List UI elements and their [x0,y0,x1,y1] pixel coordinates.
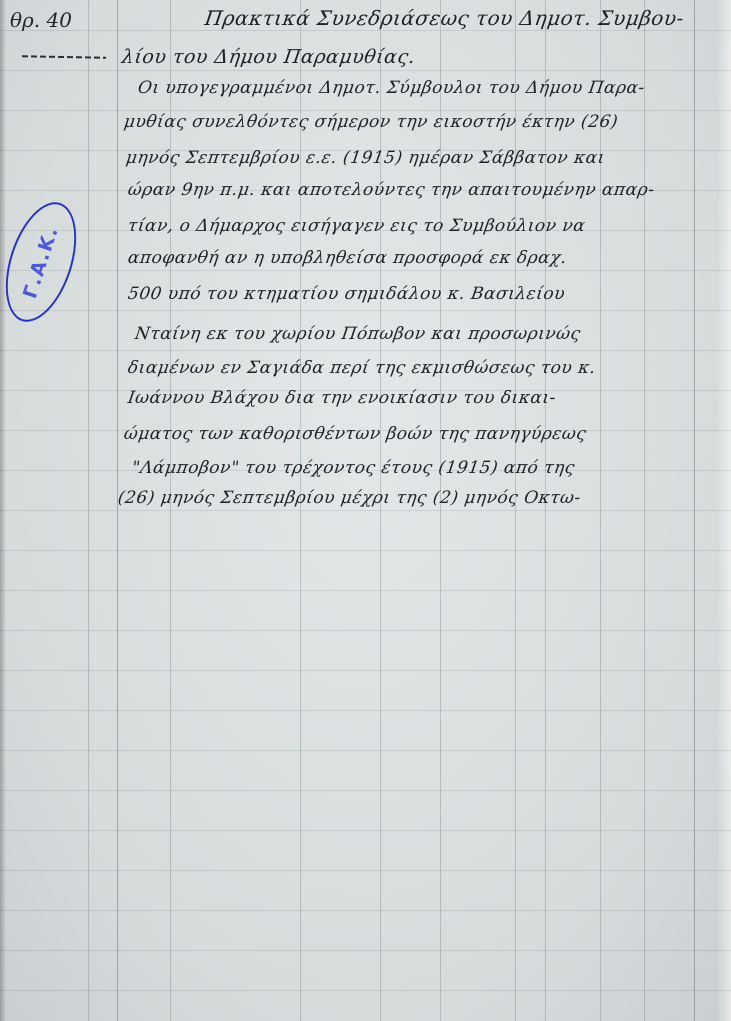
text-line: Οι υπογεγραμμένοι Δημοτ. Σύμβουλοι του Δ… [137,78,647,98]
text-line: διαμένων εν Σαγιάδα περί της εκμισθώσεως… [127,358,598,378]
rule-line [0,550,731,551]
stamp-text: Γ.Α.Κ. [19,223,63,301]
rule-line [0,630,731,631]
text-line: τίαν, ο Δήμαρχος εισήγαγεν εις το Συμβού… [127,216,587,236]
margin-dash-mark [22,55,106,58]
rule-line [0,830,731,831]
text-line: λίου του Δήμου Παραμυθίας. [120,46,416,68]
title-line: Πρακτικά Συνεδριάσεως του Δημοτ. Συμβου- [203,6,685,30]
rule-line [0,950,731,951]
page-reference: θρ. 40 [10,8,72,32]
rule-line [0,790,731,791]
text-line: Νταίνη εκ του χωρίου Πόπωβον και προσωρι… [134,324,582,344]
text-line: ώραν 9ην π.μ. και αποτελούντες την απαιτ… [127,180,656,200]
rule-line [0,70,731,71]
rule-line [0,350,731,351]
rule-line [0,30,731,31]
text-line: (26) μηνός Σεπτεμβρίου μέχρι της (2) μην… [117,488,583,508]
text-line: 500 υπό του κτηματίου σημιδάλου κ. Βασιλ… [127,284,567,304]
rule-line [0,510,731,511]
text-line: αποφανθή αν η υποβληθείσα προσφορά εκ δρ… [127,248,569,268]
rule-line [0,110,731,111]
rule-line [0,910,731,911]
rule-line [0,670,731,671]
text-line: "Λάμποβον" του τρέχοντος έτους (1915) απ… [131,458,577,478]
rule-line [0,270,731,271]
rule-line [0,710,731,711]
text-line: Ιωάννου Βλάχου δια την ενοικίασιν του δι… [127,388,558,408]
rule-line [0,750,731,751]
rule-line [0,990,731,991]
text-line: μυθίας συνελθόντες σήμερον την εικοστήν … [123,112,620,132]
scanned-document-page: θρ. 40 Γ.Α.Κ. Πρακτικά Συνεδριάσεως του … [0,0,731,1021]
text-line: ώματος των καθορισθέντων βοών της πανηγύ… [123,424,588,444]
rule-line [0,310,731,311]
text-line: μηνός Σεπτεμβρίου ε.ε. (1915) ημέραν Σάβ… [125,148,607,168]
rule-line [0,590,731,591]
rule-line [0,870,731,871]
